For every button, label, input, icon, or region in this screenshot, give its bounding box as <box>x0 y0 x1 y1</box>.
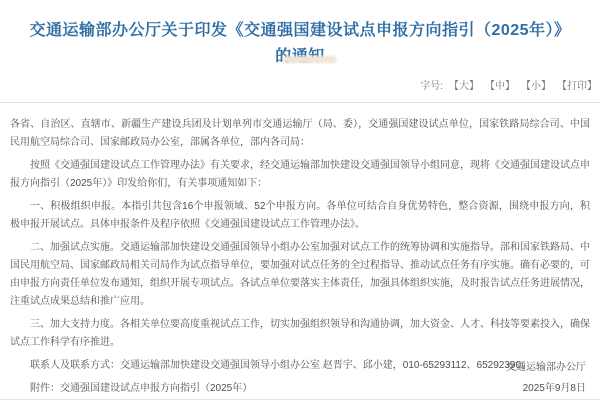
font-size-large-button[interactable]: 【大】 <box>449 80 479 94</box>
font-size-medium-button[interactable]: 【中】 <box>485 80 515 94</box>
contact-line: 联系人及联系方式：交通运输部加快建设交通强国领导小组办公室 赵晋宇、邱小建，01… <box>10 357 590 375</box>
attachment-line: 附件：交通强国建设试点申报方向指引（2025年） <box>10 380 590 398</box>
addressee-paragraph: 各省、自治区、直辖市、新疆生产建设兵团及计划单列市交通运输厅（局、委），交通强国… <box>10 116 590 152</box>
signature-block: 交通运输部办公厅 2025年9月8日 <box>506 362 586 395</box>
font-size-label: 字号: <box>420 81 443 92</box>
item-2-paragraph: 二、加强试点实施。交通运输部加快建设交通强国领导小组办公室加强对试点工作的统筹协… <box>10 239 590 311</box>
notice-body: 各省、自治区、直辖市、新疆生产建设兵团及计划单列市交通运输厅（局、委），交通强国… <box>0 103 600 398</box>
font-size-toolbar: 字号:【大】【中】【小】【打印】 <box>0 80 600 94</box>
signature-org: 交通运输部办公厅 <box>506 362 586 374</box>
item-3-paragraph: 三、加大支持力度。各相关单位要高度重视试点工作，切实加强组织领导和沟通协调，加大… <box>10 316 590 352</box>
notice-page: 交通运输部办公厅关于印发《交通强国建设试点申报方向指引（2025年）》 的通知 … <box>0 0 600 400</box>
page-title-line1: 交通运输部办公厅关于印发《交通强国建设试点申报方向指引（2025年）》 <box>0 18 600 44</box>
intro-paragraph: 按照《交通强国建设试点工作管理办法》有关要求，经交通运输部加快建设交通强国领导小… <box>10 157 590 193</box>
title-highlight-mark <box>283 56 337 63</box>
item-1-paragraph: 一、积极组织申报。本指引共包含16个申报领域、52个申报方向。各单位可结合自身优… <box>10 198 590 234</box>
signature-date: 2025年9月8日 <box>506 383 586 395</box>
font-size-small-button[interactable]: 【小】 <box>521 80 551 94</box>
print-button[interactable]: 【打印】 <box>557 80 597 94</box>
